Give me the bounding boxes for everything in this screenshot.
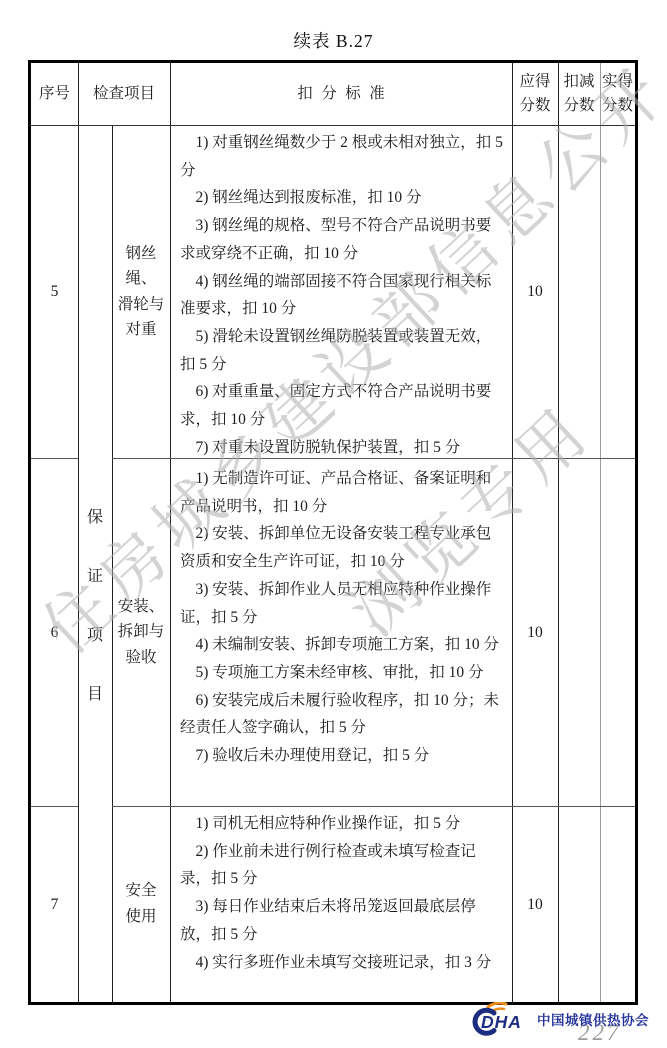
document-page: 续表 B.27 序号 检查项目 扣分标准 应得 分数 扣减 分数 实得 分数 保… — [0, 0, 667, 1048]
cell-serial-row5: 5 — [31, 125, 78, 458]
header-deduction-criteria: 扣分标准 — [170, 63, 512, 125]
page-title: 续表 B.27 — [0, 28, 667, 53]
cell-actual-row7 — [600, 806, 635, 1002]
score-table: 序号 检查项目 扣分标准 应得 分数 扣减 分数 实得 分数 保 证 项 目 5… — [28, 60, 638, 1005]
criteria-item: 2) 安装、拆卸单位无设备安装工程专业承包资质和安全生产许可证，扣 10 分 — [180, 520, 504, 575]
criteria-item: 2) 作业前未进行例行检查或未填写检查记录，扣 5 分 — [180, 838, 504, 893]
cell-item-row5: 钢丝绳、 滑轮与 对重 — [112, 125, 170, 458]
cell-deducted-row6 — [558, 458, 600, 806]
criteria-item: 2) 钢丝绳达到报废标准，扣 10 分 — [180, 184, 504, 212]
criteria-item: 6) 安装完成后未履行验收程序，扣 10 分；未经责任人签字确认，扣 5 分 — [180, 687, 504, 742]
criteria-item: 3) 每日作业结束后未将吊笼返回最底层停放，扣 5 分 — [180, 893, 504, 948]
dha-logo-icon: DHA — [468, 1002, 532, 1036]
criteria-item: 4) 钢丝绳的端部固接不符合国家现行相关标准要求，扣 10 分 — [180, 268, 504, 323]
cell-serial-row6: 6 — [31, 458, 78, 806]
cell-serial-row7: 7 — [31, 806, 78, 1002]
cell-deducted-row7 — [558, 806, 600, 1002]
association-name: 中国城镇供热协会 — [537, 1009, 649, 1029]
criteria-item: 6) 对重重量、固定方式不符合产品说明书要求，扣 10 分 — [180, 378, 504, 433]
cell-criteria-row7: 1) 司机无相应特种作业操作证，扣 5 分 2) 作业前未进行例行检查或未填写检… — [170, 806, 512, 1002]
criteria-item: 1) 无制造许可证、产品合格证、备案证明和产品说明书，扣 10 分 — [180, 465, 504, 520]
cell-criteria-row6: 1) 无制造许可证、产品合格证、备案证明和产品说明书，扣 10 分 2) 安装、… — [170, 458, 512, 806]
criteria-item: 3) 安装、拆卸作业人员无相应特种作业操作证，扣 5 分 — [180, 576, 504, 631]
cell-item-row6: 安装、 拆卸与 验收 — [112, 458, 170, 806]
cell-due-row7: 10 — [512, 806, 558, 1002]
cell-due-row5: 10 — [512, 125, 558, 458]
criteria-item: 1) 司机无相应特种作业操作证，扣 5 分 — [180, 810, 504, 838]
page-footer: 227 DHA 中国城镇供热协会 — [468, 998, 666, 1048]
header-actual-score: 实得 分数 — [600, 63, 635, 125]
criteria-item: 7) 验收后未办理使用登记，扣 5 分 — [180, 742, 504, 770]
cell-actual-row6 — [600, 458, 635, 806]
cell-item-row7: 安全 使用 — [112, 806, 170, 1002]
association-logo: DHA 中国城镇供热协会 — [468, 1002, 649, 1036]
cell-deducted-row5 — [558, 125, 600, 458]
criteria-item: 5) 专项施工方案未经审核、审批，扣 10 分 — [180, 659, 504, 687]
header-serial: 序号 — [31, 63, 78, 125]
criteria-item: 5) 滑轮未设置钢丝绳防脱装置或装置无效，扣 5 分 — [180, 323, 504, 378]
criteria-item: 1) 对重钢丝绳数少于 2 根或未相对独立，扣 5 分 — [180, 129, 504, 184]
header-due-score: 应得 分数 — [512, 63, 558, 125]
criteria-item: 3) 钢丝绳的规格、型号不符合产品说明书要求或穿绕不正确，扣 10 分 — [180, 212, 504, 267]
criteria-item: 4) 实行多班作业未填写交接班记录，扣 3 分 — [180, 949, 504, 977]
svg-text:DHA: DHA — [481, 1012, 522, 1032]
category-cell-guarantee-items: 保 证 项 目 — [78, 125, 112, 1002]
cell-due-row6: 10 — [512, 458, 558, 806]
criteria-item: 4) 未编制安装、拆卸专项施工方案，扣 10 分 — [180, 631, 504, 659]
category-label: 保 证 项 目 — [78, 488, 112, 724]
cell-actual-row5 — [600, 125, 635, 458]
header-inspection-item: 检查项目 — [78, 63, 170, 125]
header-deducted-score: 扣减 分数 — [558, 63, 600, 125]
cell-criteria-row5: 1) 对重钢丝绳数少于 2 根或未相对独立，扣 5 分 2) 钢丝绳达到报废标准… — [170, 125, 512, 458]
